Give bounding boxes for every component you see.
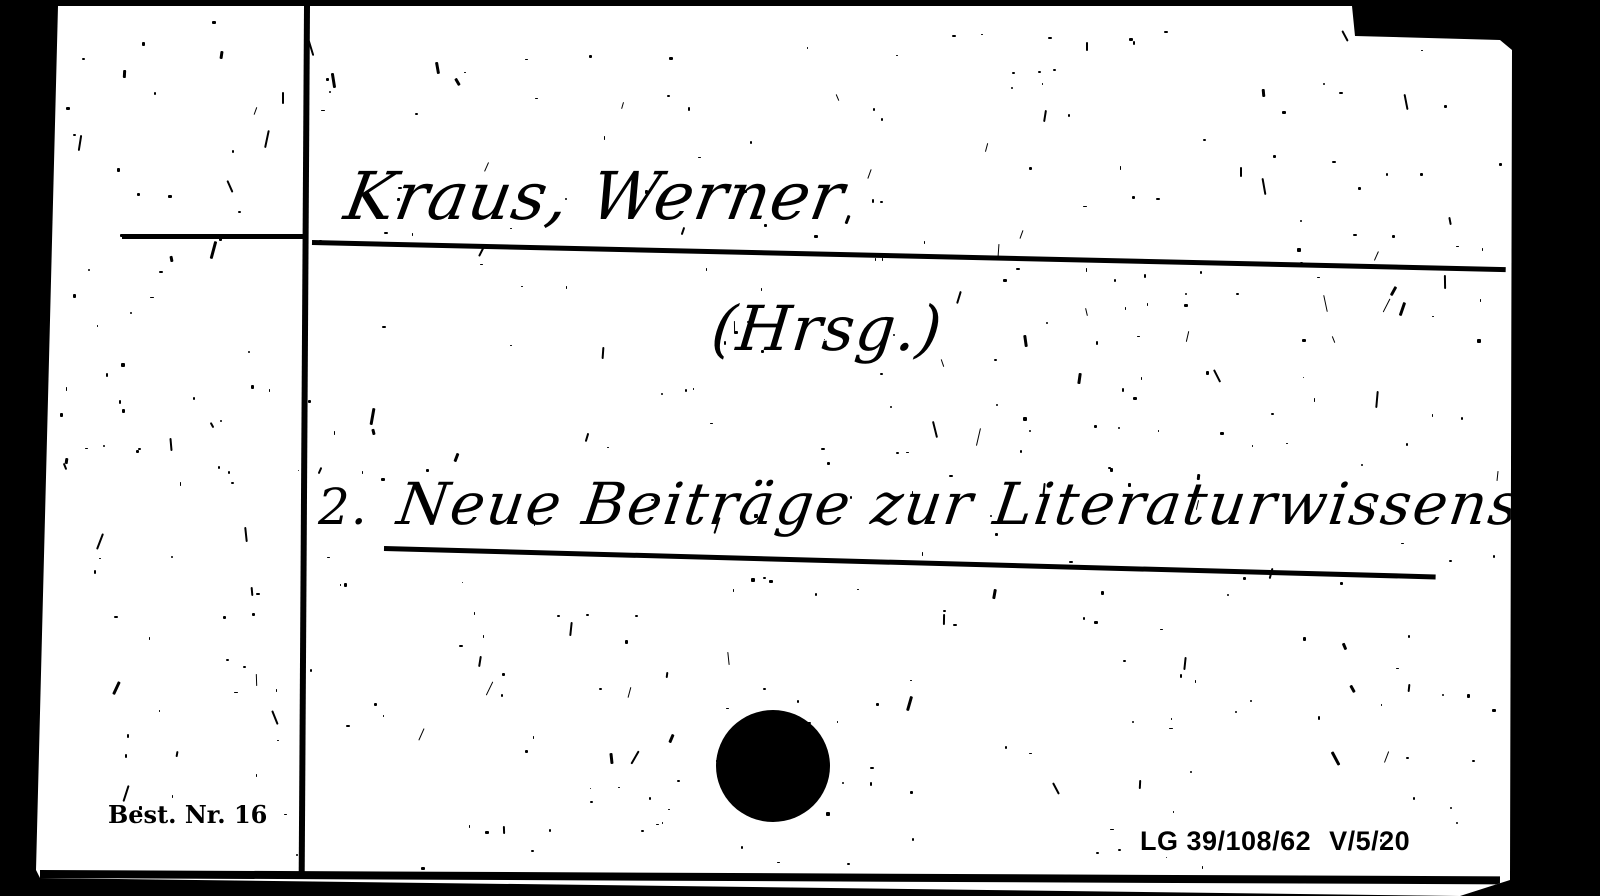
scan-speck bbox=[1123, 660, 1126, 662]
scan-speck bbox=[1456, 246, 1459, 247]
scan-speck bbox=[1185, 293, 1187, 295]
scan-speck bbox=[1129, 38, 1133, 41]
scan-speck bbox=[1110, 468, 1113, 471]
scan-speck bbox=[1413, 797, 1415, 800]
scan-speck bbox=[1467, 694, 1470, 698]
scan-speck bbox=[1203, 139, 1205, 141]
scan-speck bbox=[269, 389, 270, 392]
scan-speck bbox=[169, 438, 172, 451]
scan-speck bbox=[125, 754, 127, 758]
scan-speck bbox=[1206, 371, 1210, 375]
scan-speck bbox=[121, 363, 125, 367]
scan-speck bbox=[321, 110, 325, 111]
scan-speck bbox=[331, 73, 336, 89]
scan-speck bbox=[264, 130, 269, 148]
title-entry-text: Neue Beiträge zur Literaturwissenschaft bbox=[393, 470, 1600, 538]
scan-speck bbox=[764, 224, 768, 227]
scan-speck bbox=[252, 613, 255, 616]
scan-speck bbox=[1432, 316, 1434, 317]
scan-speck bbox=[531, 850, 535, 852]
scan-speck bbox=[1449, 560, 1452, 562]
scan-speck bbox=[1448, 217, 1451, 225]
card-surface: Kraus, Werner (Hrsg.) 2. Neue Beiträge z… bbox=[0, 0, 1600, 896]
scan-speck bbox=[1133, 397, 1137, 400]
scan-speck bbox=[469, 825, 470, 828]
scanned-catalog-card: Kraus, Werner (Hrsg.) 2. Neue Beiträge z… bbox=[0, 0, 1600, 896]
scan-speck bbox=[1083, 617, 1085, 619]
scan-speck bbox=[521, 286, 523, 288]
scan-speck bbox=[1358, 187, 1361, 190]
scan-speck bbox=[893, 334, 895, 336]
scan-speck bbox=[1303, 377, 1305, 378]
scan-speck bbox=[1273, 155, 1276, 159]
scan-speck bbox=[298, 470, 299, 471]
scan-speck bbox=[296, 854, 298, 856]
scan-speck bbox=[754, 514, 758, 517]
scan-speck bbox=[688, 107, 690, 111]
scan-speck bbox=[1024, 335, 1029, 347]
scan-speck bbox=[271, 710, 279, 725]
scan-speck bbox=[308, 400, 312, 403]
scan-speck bbox=[922, 552, 923, 556]
scan-speck bbox=[1069, 561, 1073, 563]
scan-speck bbox=[1141, 377, 1142, 381]
scan-speck bbox=[1331, 751, 1341, 765]
scan-speck bbox=[943, 614, 945, 625]
scan-speck bbox=[282, 92, 284, 104]
scan-speck bbox=[139, 806, 142, 810]
scan-speck bbox=[645, 190, 648, 194]
scan-speck bbox=[875, 258, 876, 261]
scan-speck bbox=[1396, 668, 1399, 669]
scan-speck bbox=[1401, 543, 1405, 545]
left-column-rule bbox=[122, 234, 306, 239]
scan-speck bbox=[797, 700, 799, 703]
scan-speck bbox=[370, 408, 376, 425]
editor-role: (Hrsg.) bbox=[708, 292, 946, 365]
scan-speck bbox=[251, 385, 254, 389]
scan-speck bbox=[949, 475, 952, 477]
scan-speck bbox=[525, 750, 528, 753]
title-entry-number: 2. bbox=[318, 478, 368, 536]
scan-speck bbox=[381, 478, 385, 481]
scan-speck bbox=[219, 238, 222, 241]
scan-speck bbox=[120, 234, 122, 237]
scan-speck bbox=[238, 211, 241, 213]
scan-speck bbox=[1185, 331, 1189, 342]
scan-speck bbox=[212, 21, 216, 24]
scan-speck bbox=[589, 55, 592, 58]
scan-speck bbox=[566, 286, 567, 290]
scan-speck bbox=[96, 533, 104, 550]
scan-speck bbox=[1190, 771, 1192, 773]
scan-speck bbox=[630, 751, 639, 765]
scan-speck bbox=[777, 862, 780, 864]
scan-speck bbox=[244, 527, 248, 542]
scan-speck bbox=[421, 867, 425, 871]
scan-speck bbox=[122, 409, 126, 412]
scan-speck bbox=[881, 118, 883, 121]
scan-speck bbox=[808, 790, 809, 793]
scan-speck bbox=[415, 113, 418, 114]
scan-speck bbox=[1077, 372, 1081, 384]
scan-speck bbox=[1236, 293, 1239, 294]
scan-speck bbox=[66, 107, 69, 110]
scan-speck bbox=[910, 680, 912, 681]
scan-speck bbox=[459, 645, 463, 647]
scan-speck bbox=[1196, 474, 1199, 480]
scan-speck bbox=[130, 312, 132, 315]
scan-speck bbox=[906, 696, 913, 712]
scan-speck bbox=[374, 703, 377, 707]
scan-speck bbox=[149, 637, 150, 640]
scan-speck bbox=[474, 612, 475, 615]
scan-speck bbox=[480, 264, 482, 266]
scan-speck bbox=[1444, 275, 1446, 289]
scan-speck bbox=[870, 767, 874, 769]
scan-speck bbox=[586, 614, 589, 616]
scan-speck bbox=[1297, 248, 1301, 251]
scan-speck bbox=[154, 92, 156, 95]
scan-speck bbox=[159, 710, 160, 713]
scan-speck bbox=[462, 582, 464, 583]
scan-speck bbox=[232, 150, 234, 152]
scan-speck bbox=[625, 640, 628, 644]
scan-speck bbox=[176, 751, 179, 757]
scan-speck bbox=[193, 397, 195, 400]
scan-speck bbox=[1138, 780, 1141, 789]
scan-speck bbox=[1375, 391, 1379, 408]
scan-speck bbox=[1303, 637, 1306, 641]
scan-speck bbox=[1382, 298, 1390, 312]
scan-speck bbox=[256, 774, 257, 777]
scan-speck bbox=[662, 822, 663, 824]
scan-speck bbox=[97, 325, 98, 326]
scan-speck bbox=[610, 752, 614, 763]
scan-speck bbox=[1011, 87, 1013, 88]
scan-speck bbox=[896, 452, 899, 453]
scan-speck bbox=[994, 359, 997, 361]
scan-speck bbox=[1318, 716, 1321, 720]
scan-speck bbox=[1020, 450, 1022, 454]
scan-speck bbox=[1444, 105, 1446, 107]
scan-speck bbox=[1029, 167, 1032, 170]
scan-speck bbox=[384, 232, 388, 234]
scan-speck bbox=[346, 725, 349, 727]
scan-speck bbox=[842, 782, 844, 784]
scan-speck bbox=[1086, 42, 1088, 51]
scan-speck bbox=[1114, 279, 1116, 282]
scan-speck bbox=[1184, 304, 1188, 307]
scan-speck bbox=[1128, 483, 1131, 487]
scan-speck bbox=[1085, 308, 1088, 316]
scan-speck bbox=[1160, 629, 1163, 630]
scan-speck bbox=[1442, 694, 1444, 696]
scan-speck bbox=[150, 297, 154, 299]
scan-speck bbox=[1341, 643, 1346, 650]
scan-speck bbox=[334, 431, 335, 435]
scan-speck bbox=[168, 195, 172, 199]
scan-speck bbox=[170, 256, 174, 263]
scan-speck bbox=[1016, 268, 1020, 270]
scan-speck bbox=[1195, 680, 1197, 683]
scan-speck bbox=[569, 622, 572, 636]
scan-speck bbox=[1038, 71, 1041, 73]
scan-speck bbox=[1042, 83, 1044, 85]
scan-speck bbox=[85, 448, 89, 449]
scan-speck bbox=[1180, 674, 1182, 677]
scan-speck bbox=[220, 420, 222, 422]
scan-speck bbox=[142, 42, 144, 46]
scan-speck bbox=[1125, 307, 1127, 310]
scan-speck bbox=[956, 291, 962, 304]
scan-speck bbox=[1450, 807, 1451, 809]
scan-speck bbox=[1147, 303, 1148, 306]
scan-speck bbox=[1086, 268, 1087, 272]
scan-speck bbox=[565, 198, 568, 200]
scan-speck bbox=[319, 240, 321, 243]
scan-speck bbox=[1200, 271, 1202, 274]
scan-speck bbox=[981, 34, 983, 35]
scan-speck bbox=[210, 241, 217, 259]
scan-speck bbox=[1478, 25, 1480, 28]
scan-speck bbox=[1300, 262, 1303, 266]
scan-speck bbox=[1408, 635, 1409, 638]
scan-speck bbox=[1390, 286, 1397, 296]
scan-speck bbox=[1404, 510, 1405, 513]
scan-speck bbox=[329, 91, 331, 93]
shelfmark: LG 39/108/62V/5/20 bbox=[1140, 826, 1410, 857]
scan-speck bbox=[1493, 555, 1495, 557]
scan-speck bbox=[1404, 94, 1409, 110]
scan-speck bbox=[604, 136, 605, 140]
scan-speck bbox=[847, 863, 850, 865]
scan-speck bbox=[668, 809, 670, 810]
scan-speck bbox=[1118, 427, 1120, 430]
scan-speck bbox=[873, 108, 874, 112]
scan-speck bbox=[1339, 92, 1343, 93]
scan-speck bbox=[1220, 432, 1223, 436]
scan-speck bbox=[724, 341, 727, 345]
scan-speck bbox=[726, 708, 729, 709]
scan-speck bbox=[137, 193, 140, 195]
scan-speck bbox=[1156, 198, 1160, 201]
scan-speck bbox=[326, 78, 330, 81]
scan-speck bbox=[1023, 417, 1027, 421]
scan-speck bbox=[1386, 173, 1388, 175]
scan-speck bbox=[1252, 445, 1253, 447]
scan-speck bbox=[1096, 341, 1098, 344]
scan-speck bbox=[127, 734, 129, 737]
scan-speck bbox=[750, 141, 752, 143]
scan-speck bbox=[1374, 251, 1379, 260]
scan-speck bbox=[1341, 30, 1348, 41]
scan-speck bbox=[1282, 111, 1286, 114]
scan-speck bbox=[243, 666, 246, 668]
scan-speck bbox=[1184, 657, 1187, 670]
scan-speck bbox=[635, 615, 637, 617]
scan-speck bbox=[1286, 443, 1288, 444]
scan-speck bbox=[761, 288, 763, 291]
scan-speck bbox=[1173, 811, 1175, 813]
scan-speck bbox=[1171, 718, 1172, 719]
scan-speck bbox=[114, 616, 118, 618]
scan-speck bbox=[940, 359, 944, 367]
scan-speck bbox=[821, 448, 824, 450]
scan-speck bbox=[1271, 413, 1274, 415]
scan-speck bbox=[741, 846, 743, 849]
scan-speck bbox=[103, 445, 105, 446]
scan-speck bbox=[932, 421, 938, 438]
scan-speck bbox=[1314, 398, 1315, 402]
scan-speck bbox=[1096, 852, 1099, 854]
scan-speck bbox=[677, 780, 680, 783]
scan-speck bbox=[1133, 41, 1135, 44]
scan-speck bbox=[485, 681, 493, 695]
scan-speck bbox=[159, 271, 162, 273]
scan-speck bbox=[837, 721, 838, 722]
scan-speck bbox=[1300, 220, 1302, 222]
scan-speck bbox=[549, 829, 551, 832]
scan-speck bbox=[1240, 167, 1242, 178]
scan-speck bbox=[1132, 721, 1134, 723]
scan-speck bbox=[397, 198, 401, 202]
scan-speck bbox=[910, 791, 913, 794]
scan-speck bbox=[876, 703, 879, 707]
scan-speck bbox=[277, 740, 279, 741]
scan-speck bbox=[1406, 443, 1408, 446]
scan-speck bbox=[1317, 277, 1320, 278]
scan-speck bbox=[1492, 709, 1495, 712]
scan-speck bbox=[621, 102, 624, 110]
scan-speck bbox=[751, 578, 755, 581]
scan-speck bbox=[1120, 166, 1121, 169]
shelfmark-secondary: V/5/20 bbox=[1329, 826, 1410, 856]
scan-speck bbox=[807, 722, 810, 724]
scan-speck bbox=[976, 429, 981, 446]
scan-speck bbox=[814, 235, 818, 238]
scan-speck bbox=[815, 593, 817, 596]
scan-speck bbox=[943, 610, 945, 612]
scan-speck bbox=[1461, 417, 1463, 419]
shelfmark-primary: LG 39/108/62 bbox=[1140, 826, 1311, 856]
scan-speck bbox=[1480, 299, 1481, 302]
scan-speck bbox=[1094, 621, 1098, 624]
scan-speck bbox=[535, 98, 538, 99]
scan-speck bbox=[1029, 430, 1031, 431]
scan-speck bbox=[1420, 173, 1423, 176]
scan-speck bbox=[747, 321, 748, 322]
scan-speck bbox=[669, 57, 672, 60]
scan-speck bbox=[906, 452, 909, 453]
scan-speck bbox=[1381, 704, 1382, 706]
scan-speck bbox=[209, 421, 214, 427]
scan-speck bbox=[667, 95, 669, 97]
scan-speck bbox=[88, 269, 90, 271]
scan-speck bbox=[1053, 69, 1057, 71]
scan-speck bbox=[1101, 591, 1104, 595]
scan-speck bbox=[1118, 849, 1121, 851]
scan-speck bbox=[1323, 83, 1325, 85]
scan-speck bbox=[254, 107, 258, 115]
scan-speck bbox=[226, 659, 229, 662]
scan-speck bbox=[1094, 425, 1097, 428]
scan-speck bbox=[924, 241, 925, 245]
author-heading: Kraus, Werner bbox=[339, 158, 850, 235]
scan-speck bbox=[656, 824, 659, 826]
scan-speck bbox=[117, 168, 120, 172]
scan-speck bbox=[872, 199, 874, 202]
scan-speck bbox=[66, 387, 67, 391]
scan-speck bbox=[426, 469, 429, 472]
scan-speck bbox=[251, 587, 253, 596]
scan-speck bbox=[1166, 857, 1167, 858]
scan-speck bbox=[1408, 684, 1411, 692]
scan-speck bbox=[1012, 72, 1015, 74]
scan-speck bbox=[1164, 31, 1168, 33]
scan-speck bbox=[590, 788, 592, 789]
scan-speck bbox=[1005, 746, 1007, 749]
scan-speck bbox=[649, 797, 651, 800]
scan-speck bbox=[231, 482, 234, 485]
scan-speck bbox=[284, 814, 287, 815]
scan-speck bbox=[1383, 751, 1389, 763]
scan-speck bbox=[1227, 594, 1228, 596]
scan-speck bbox=[1043, 110, 1047, 123]
scan-speck bbox=[706, 268, 707, 271]
scan-speck bbox=[99, 558, 102, 559]
scan-speck bbox=[478, 656, 482, 667]
scan-speck bbox=[769, 580, 773, 583]
vertical-margin-rule bbox=[299, 6, 310, 876]
scan-speck bbox=[1243, 577, 1246, 580]
scan-speck bbox=[219, 51, 223, 60]
scan-speck bbox=[136, 450, 138, 453]
scan-speck bbox=[483, 635, 484, 638]
scan-speck bbox=[276, 689, 277, 692]
scan-speck bbox=[996, 404, 999, 405]
scan-speck bbox=[1399, 302, 1406, 316]
scan-speck bbox=[1406, 757, 1409, 759]
scan-speck bbox=[310, 669, 313, 673]
scan-speck bbox=[1122, 388, 1124, 391]
scan-speck bbox=[710, 423, 713, 424]
scan-speck bbox=[340, 584, 342, 586]
scan-speck bbox=[557, 615, 560, 617]
scan-speck bbox=[1477, 339, 1481, 343]
scan-speck bbox=[1137, 336, 1140, 337]
scan-speck bbox=[1262, 178, 1267, 195]
scan-speck bbox=[693, 388, 694, 390]
scan-speck bbox=[1380, 839, 1381, 842]
scan-speck bbox=[870, 782, 872, 786]
scan-speck bbox=[248, 351, 250, 353]
scan-speck bbox=[1132, 196, 1136, 199]
scan-speck bbox=[362, 471, 363, 474]
scan-speck bbox=[733, 589, 735, 592]
scan-speck bbox=[868, 169, 873, 179]
scan-speck bbox=[857, 589, 859, 591]
scan-speck bbox=[525, 59, 528, 61]
scan-speck bbox=[1353, 234, 1357, 236]
scan-speck bbox=[1496, 523, 1498, 524]
scan-speck bbox=[1068, 114, 1069, 117]
scan-speck bbox=[119, 400, 120, 404]
scan-speck bbox=[953, 624, 957, 626]
scan-speck bbox=[73, 134, 76, 136]
scan-speck bbox=[371, 429, 375, 436]
scan-speck bbox=[807, 47, 808, 48]
